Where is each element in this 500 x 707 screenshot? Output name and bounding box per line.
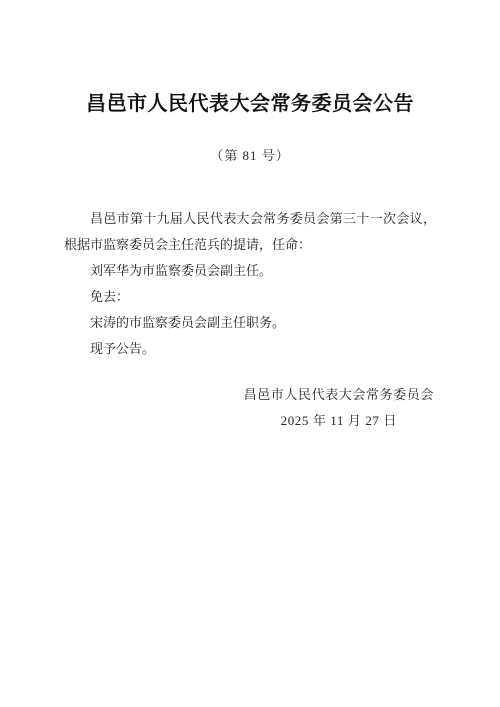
paragraph-meeting-appointment-intro: 昌邑市第十九届人民代表大会常务委员会第三十一次会议，根据市监察委员会主任范兵的提…	[64, 206, 436, 258]
signature-inner: 昌邑市人民代表大会常务委员会 2025 年 11 月 27 日	[244, 382, 434, 434]
signature-date: 2025 年 11 月 27 日	[244, 408, 434, 434]
doc-number: （第 81 号）	[0, 148, 500, 164]
paragraph-removal-intro: 免去：	[64, 284, 436, 310]
announcement-document-page: 昌邑市人民代表大会常务委员会公告 （第 81 号） 昌邑市第十九届人民代表大会常…	[0, 0, 500, 707]
signature-block: 昌邑市人民代表大会常务委员会 2025 年 11 月 27 日	[0, 382, 500, 434]
paragraph-appointment: 刘军华为市监察委员会副主任。	[64, 258, 436, 284]
signature-organization: 昌邑市人民代表大会常务委员会	[244, 382, 434, 408]
announcement-title: 昌邑市人民代表大会常务委员会公告	[0, 0, 500, 118]
document-body: 昌邑市第十九届人民代表大会常务委员会第三十一次会议，根据市监察委员会主任范兵的提…	[64, 206, 436, 362]
paragraph-removal: 宋涛的市监察委员会副主任职务。	[64, 310, 436, 336]
paragraph-closing: 现予公告。	[64, 336, 436, 362]
